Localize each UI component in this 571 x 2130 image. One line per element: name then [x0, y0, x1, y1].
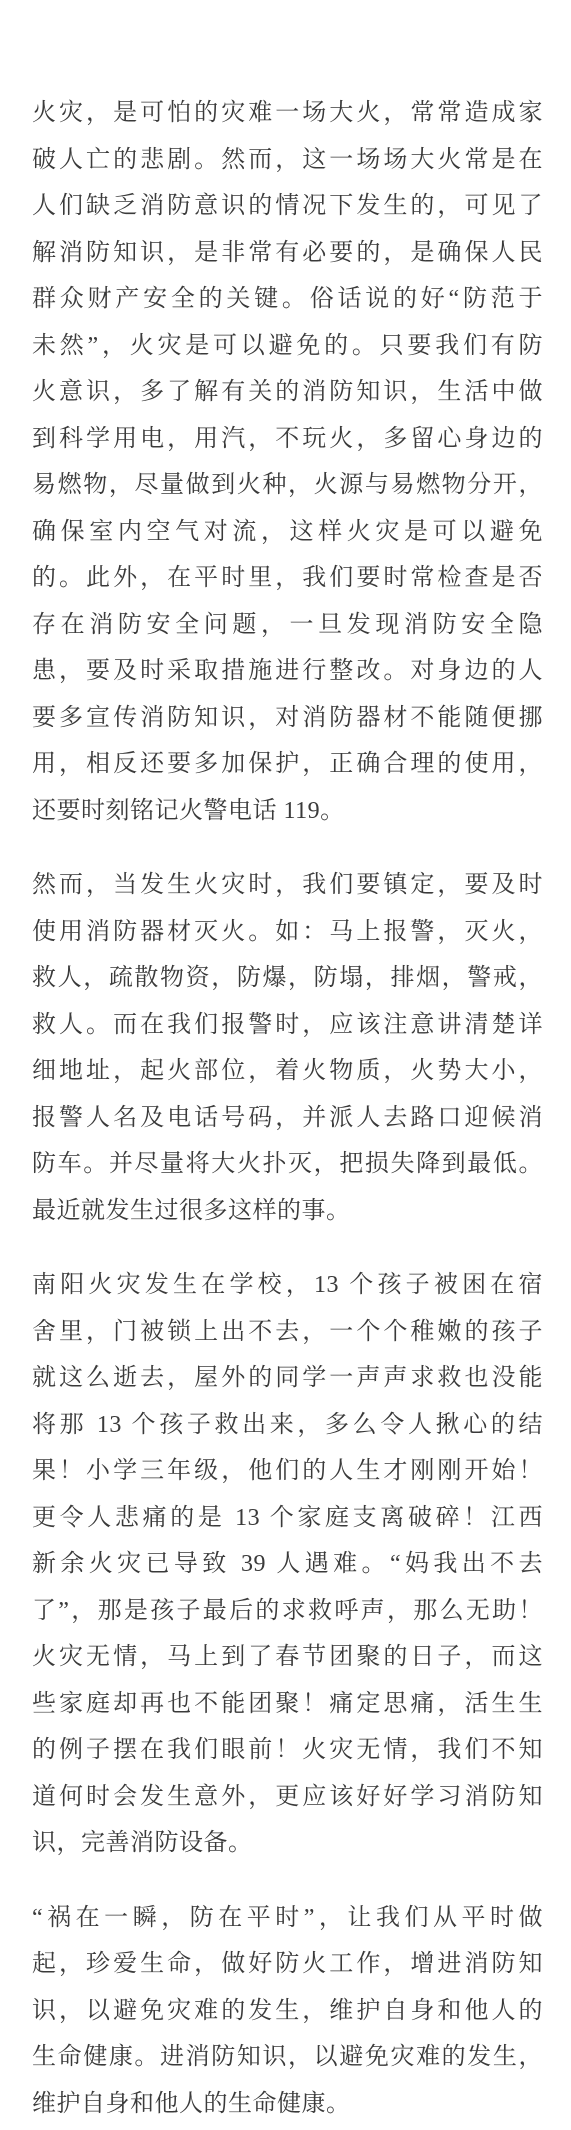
text-line: 还要时刻铭记火警电话 119。 — [32, 788, 543, 835]
text-line: 群众财产安全的关键。俗话说的好“防范于 — [32, 276, 543, 323]
text-line: 舍里，门被锁上出不去，一个个稚嫩的孩子 — [32, 1309, 543, 1356]
text-line: 解消防知识，是非常有必要的，是确保人民 — [32, 230, 543, 277]
page: { "page": { "background": "#ffffff", "te… — [0, 0, 571, 2130]
text-line: “祸在一瞬，防在平时”，让我们从平时做 — [32, 1895, 543, 1942]
text-line: 火灾，是可怕的灾难一场大火，常常造成家 — [32, 90, 543, 137]
text-line: 使用消防器材灭火。如：马上报警，灭火， — [32, 909, 543, 956]
text-line: 识，以避免灾难的发生，维护自身和他人的 — [32, 1988, 543, 2035]
text-line: 然而，当发生火灾时，我们要镇定，要及时 — [32, 862, 543, 909]
text-line: 未然”，火灾是可以避免的。只要我们有防 — [32, 323, 543, 370]
paragraph: 南阳火灾发生在学校，13 个孩子被困在宿舍里，门被锁上出不去，一个个稚嫩的孩子就… — [32, 1262, 543, 1867]
text-line: 就这么逝去，屋外的同学一声声求救也没能 — [32, 1355, 543, 1402]
paragraph: “祸在一瞬，防在平时”，让我们从平时做起，珍爱生命，做好防火工作，增进消防知识，… — [32, 1895, 543, 2128]
document-page: 火灾，是可怕的灾难一场大火，常常造成家破人亡的悲剧。然而，这一场场大火常是在人们… — [0, 0, 571, 2130]
text-line: 救人。而在我们报警时，应该注意讲清楚详 — [32, 1002, 543, 1049]
text-line: 防车。并尽量将大火扑灭，把损失降到最低。 — [32, 1141, 543, 1188]
text-line: 果！小学三年级，他们的人生才刚刚开始！ — [32, 1448, 543, 1495]
text-line: 生命健康。进消防知识，以避免灾难的发生， — [32, 2034, 543, 2081]
text-line: 要多宣传消防知识，对消防器材不能随便挪 — [32, 695, 543, 742]
text-line: 识，完善消防设备。 — [32, 1820, 543, 1867]
text-line: 火意识，多了解有关的消防知识，生活中做 — [32, 369, 543, 416]
text-line: 报警人名及电话号码，并派人去路口迎候消 — [32, 1095, 543, 1142]
text-line: 的例子摆在我们眼前！火灾无情，我们不知 — [32, 1727, 543, 1774]
text-line: 确保室内空气对流，这样火灾是可以避免 — [32, 509, 543, 556]
text-line: 将那 13 个孩子救出来，多么令人揪心的结 — [32, 1402, 543, 1449]
text-line: 道何时会发生意外，更应该好好学习消防知 — [32, 1774, 543, 1821]
text-line: 更令人悲痛的是 13 个家庭支离破碎！江西 — [32, 1495, 543, 1542]
text-line: 维护自身和他人的生命健康。 — [32, 2081, 543, 2128]
text-line: 的。此外，在平时里，我们要时常检查是否 — [32, 555, 543, 602]
text-line: 南阳火灾发生在学校，13 个孩子被困在宿 — [32, 1262, 543, 1309]
essay-text: 火灾，是可怕的灾难一场大火，常常造成家破人亡的悲剧。然而，这一场场大火常是在人们… — [32, 90, 543, 2127]
text-line: 最近就发生过很多这样的事。 — [32, 1188, 543, 1235]
text-line: 起，珍爱生命，做好防火工作，增进消防知 — [32, 1941, 543, 1988]
text-line: 到科学用电，用汽，不玩火，多留心身边的 — [32, 416, 543, 463]
text-line: 火灾无情，马上到了春节团聚的日子，而这 — [32, 1634, 543, 1681]
text-line: 救人，疏散物资，防爆，防塌，排烟，警戒， — [32, 955, 543, 1002]
text-line: 易燃物，尽量做到火种，火源与易燃物分开， — [32, 462, 543, 509]
text-line: 存在消防安全问题，一旦发现消防安全隐 — [32, 602, 543, 649]
paragraph: 火灾，是可怕的灾难一场大火，常常造成家破人亡的悲剧。然而，这一场场大火常是在人们… — [32, 90, 543, 834]
text-line: 些家庭却再也不能团聚！痛定思痛，活生生 — [32, 1681, 543, 1728]
text-line: 人们缺乏消防意识的情况下发生的，可见了 — [32, 183, 543, 230]
text-line: 用，相反还要多加保护，正确合理的使用， — [32, 741, 543, 788]
text-line: 破人亡的悲剧。然而，这一场场大火常是在 — [32, 137, 543, 184]
paragraph: 然而，当发生火灾时，我们要镇定，要及时使用消防器材灭火。如：马上报警，灭火，救人… — [32, 862, 543, 1234]
text-line: 新余火灾已导致 39 人遇难。“妈我出不去 — [32, 1541, 543, 1588]
text-line: 患，要及时采取措施进行整改。对身边的人 — [32, 648, 543, 695]
text-line: 了”，那是孩子最后的求救呼声，那么无助！ — [32, 1588, 543, 1635]
text-line: 细地址，起火部位，着火物质，火势大小， — [32, 1048, 543, 1095]
